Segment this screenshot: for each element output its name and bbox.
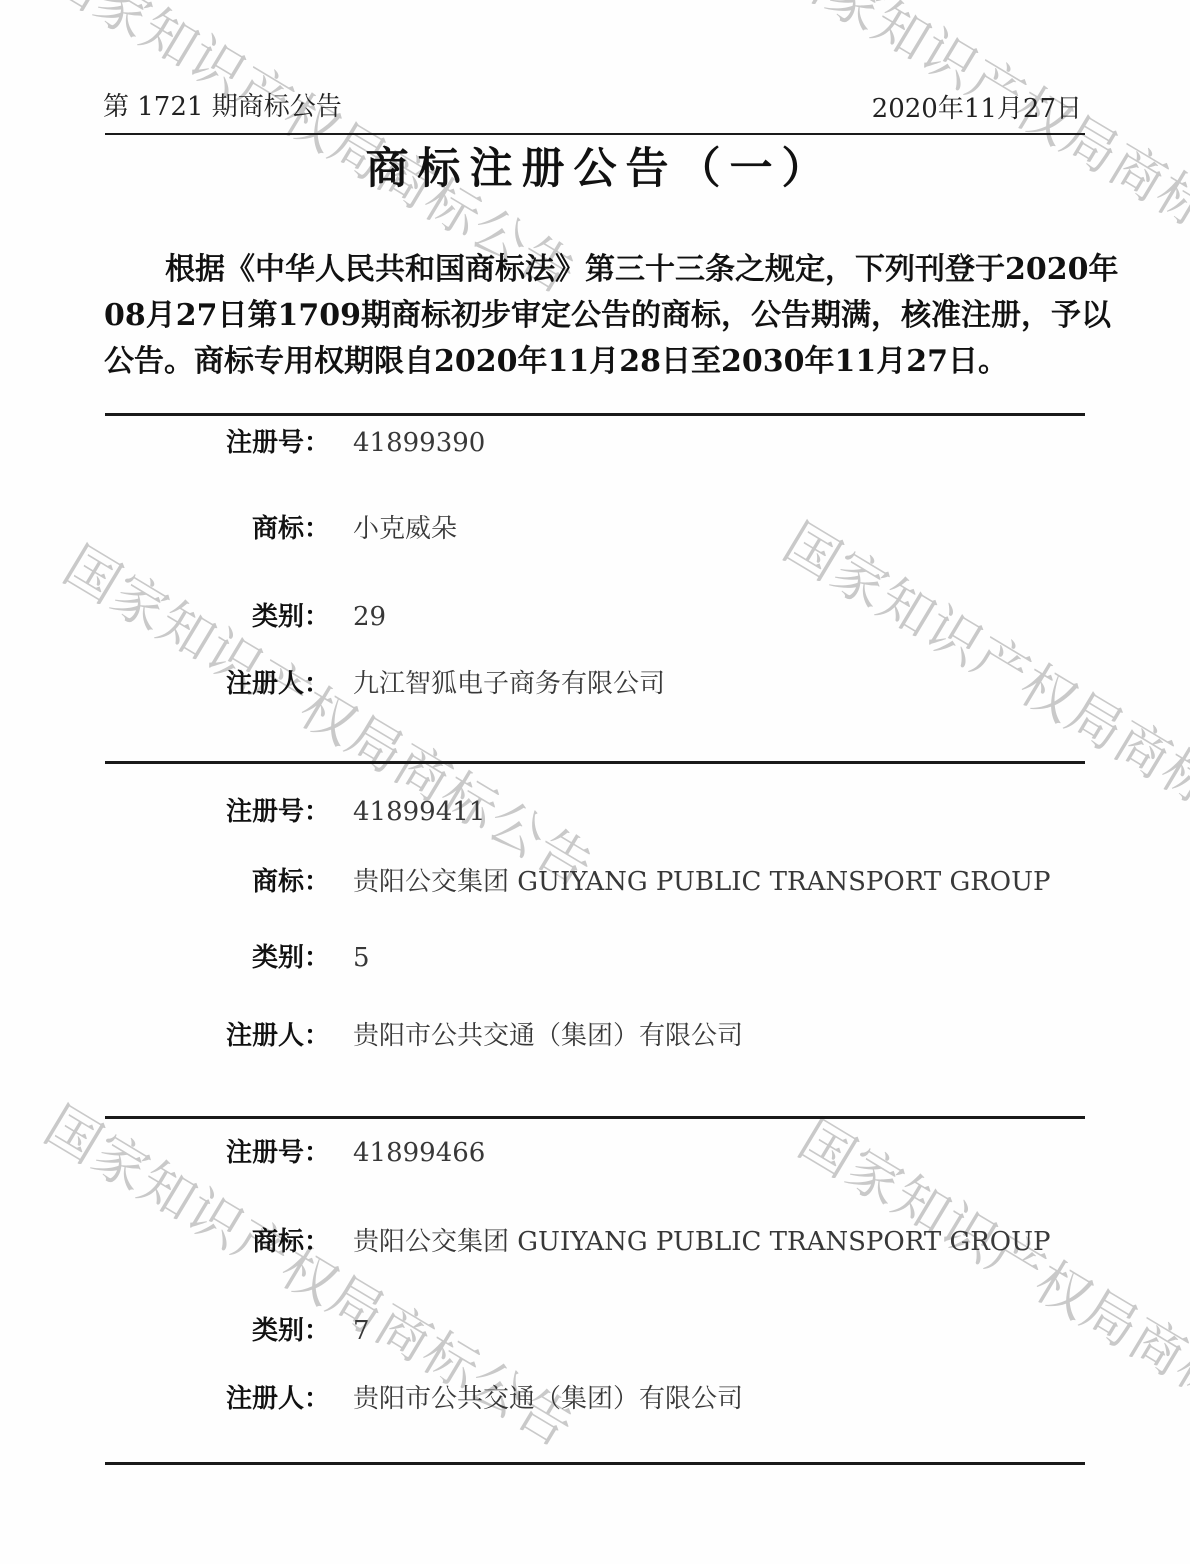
field-label-reg-no: 注册号： [105, 430, 330, 456]
field-label-reg-no: 注册号： [105, 799, 330, 825]
field-label-class: 类别： [105, 1318, 330, 1344]
intro-paragraph-line-1: 根据《中华人民共和国商标法》第三十三条之规定，下列刊登于2020年 [165, 255, 1119, 285]
reg-no-value: 41899466 [353, 1140, 485, 1166]
gazette-page: 国家知识产权局商标公告 国家知识产权局商标公告 国家知识产权局商标公告 国家知识… [0, 0, 1190, 1564]
mark-value: 贵阳公交集团 GUIYANG PUBLIC TRANSPORT GROUP [353, 1229, 1051, 1255]
class-value: 29 [353, 604, 386, 630]
field-label-owner: 注册人： [105, 1386, 330, 1412]
record-separator [105, 1116, 1085, 1119]
owner-value: 贵阳市公共交通（集团）有限公司 [353, 1386, 743, 1412]
record-separator [105, 1462, 1085, 1465]
watermark-text: 国家知识产权局商标公告 [55, 538, 601, 896]
field-label-owner: 注册人： [105, 1023, 330, 1049]
reg-no-value: 41899390 [353, 430, 485, 456]
intro-paragraph-line-3: 公告。商标专用权期限自2020年11月28日至2030年11月27日。 [104, 347, 1008, 377]
intro-paragraph-line-2: 08月27日第1709期商标初步审定公告的商标，公告期满，核准注册，予以 [104, 301, 1111, 331]
field-label-class: 类别： [105, 945, 330, 971]
class-value: 7 [353, 1318, 370, 1344]
field-label-mark: 商标： [105, 1229, 330, 1255]
field-label-mark: 商标： [105, 869, 330, 895]
watermark-text: 国家知识产权局商标公告 [790, 1112, 1190, 1470]
owner-value: 贵阳市公共交通（集团）有限公司 [353, 1023, 743, 1049]
field-label-reg-no: 注册号： [105, 1140, 330, 1166]
page-title: 商标注册公告（一） [0, 148, 1190, 191]
mark-value: 贵阳公交集团 GUIYANG PUBLIC TRANSPORT GROUP [353, 869, 1051, 895]
field-label-class: 类别： [105, 604, 330, 630]
field-label-owner: 注册人： [105, 671, 330, 697]
watermark-text: 国家知识产权局商标公告 [775, 515, 1190, 873]
reg-no-value: 41899411 [353, 799, 485, 825]
header-rule [105, 133, 1085, 135]
record-separator [105, 761, 1085, 764]
owner-value: 九江智狐电子商务有限公司 [353, 671, 665, 697]
mark-value: 小克威朵 [353, 516, 457, 542]
publication-date: 2020年11月27日 [872, 96, 1082, 122]
field-label-mark: 商标： [105, 516, 330, 542]
issue-number: 第 1721 期商标公告 [103, 94, 342, 120]
class-value: 5 [353, 945, 370, 971]
record-separator [105, 413, 1085, 416]
